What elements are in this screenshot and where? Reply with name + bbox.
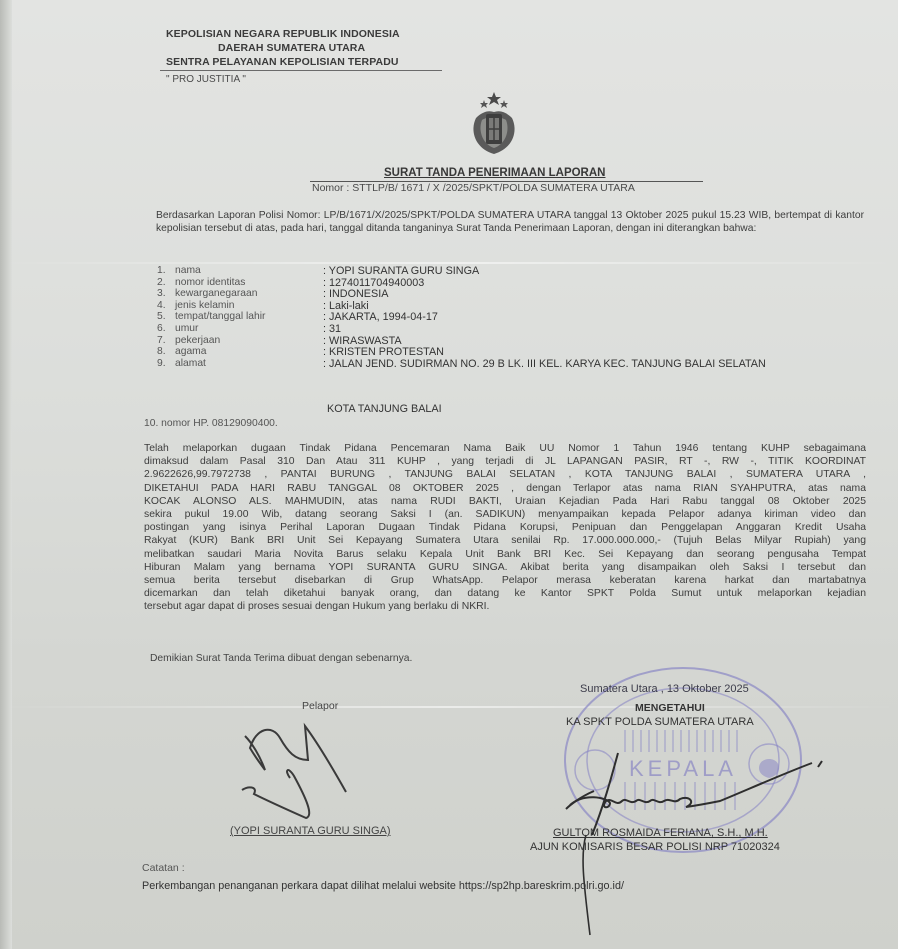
field-row: 1.nama: YOPI SURANTA GURU SINGA xyxy=(157,265,857,277)
officer-rank: AJUN KOMISARIS BESAR POLISI NRP 71020324 xyxy=(530,841,780,853)
reporter-signature xyxy=(210,718,380,823)
narrative-line: Rakyat (KUR) Bank BRI Unit Sei Kepayang … xyxy=(144,534,866,547)
document-title: SURAT TANDA PENERIMAAN LAPORAN xyxy=(384,167,605,179)
narrative-line: Hiburan Malam yang bernama YOPI SURANTA … xyxy=(144,561,866,574)
field-value: : INDONESIA xyxy=(323,288,388,300)
field-row: 9.alamat: JALAN JEND. SUDIRMAN NO. 29 B … xyxy=(157,358,857,370)
field-value: : YOPI SURANTA GURU SINGA xyxy=(323,265,479,277)
header-divider xyxy=(160,70,442,71)
field-value: : 1274011704940003 xyxy=(323,277,424,289)
field-number: 8. xyxy=(157,346,166,357)
field-label: jenis kelamin xyxy=(175,300,235,311)
field-label: agama xyxy=(175,346,206,357)
document-number: Nomor : STTLP/B/ 1671 / X /2025/SPKT/POL… xyxy=(312,182,635,194)
report-narrative: Telah melaporkan dugaan Tindak Pidana Pe… xyxy=(144,442,866,613)
narrative-line: KOCAK ALONSO ALS. MAHMUDIN, atas nama RU… xyxy=(144,495,866,508)
field-number: 9. xyxy=(157,358,166,369)
narrative-line: dicemarkan dan telah diketahui banyak or… xyxy=(144,587,866,600)
agency-name: KEPOLISIAN NEGARA REPUBLIK INDONESIA xyxy=(166,28,400,40)
field-value: : 31 xyxy=(323,323,341,335)
field-value: : KRISTEN PROTESTAN xyxy=(323,346,444,358)
reporter-role: Pelapor xyxy=(302,700,338,712)
reporter-name: (YOPI SURANTA GURU SINGA) xyxy=(230,825,391,837)
narrative-line: 2.9622626,99.7972738 , PANTAI BURUNG , T… xyxy=(144,468,866,481)
field-value: : WIRASWASTA xyxy=(323,335,402,347)
narrative-line: dimaksud dalam Pasal 310 Dan Atau 311 KU… xyxy=(144,455,866,468)
narrative-line: postingan yang isinya Perihal Laporan Du… xyxy=(144,521,866,534)
note-label: Catatan : xyxy=(142,862,185,874)
field-row: 8.agama: KRISTEN PROTESTAN xyxy=(157,346,857,358)
intro-paragraph: Berdasarkan Laporan Polisi Nomor: LP/B/1… xyxy=(156,210,864,235)
field-value: : JALAN JEND. SUDIRMAN NO. 29 B LK. III … xyxy=(323,358,766,370)
region-name: DAERAH SUMATERA UTARA xyxy=(218,42,365,54)
field-value: : Laki-laki xyxy=(323,300,369,312)
field-number: 6. xyxy=(157,323,166,334)
narrative-line: semua berita tersebut disebarkan di Grup… xyxy=(144,574,866,587)
address-continuation: KOTA TANJUNG BALAI xyxy=(327,403,442,415)
field-number: 3. xyxy=(157,288,166,299)
field-number: 7. xyxy=(157,335,166,346)
note-text: Perkembangan penanganan perkara dapat di… xyxy=(142,880,624,892)
closing-statement: Demikian Surat Tanda Terima dibuat denga… xyxy=(150,653,412,664)
page-edge-shadow xyxy=(0,0,12,949)
field-number: 2. xyxy=(157,277,166,288)
field-label: umur xyxy=(175,323,198,334)
field-row: 2.nomor identitas: 1274011704940003 xyxy=(157,277,857,289)
field-number: 1. xyxy=(157,265,166,276)
field-row: 6.umur: 31 xyxy=(157,323,857,335)
field-number: 5. xyxy=(157,311,166,322)
narrative-line: DIKETAHUI PADA HARI RABU TANGGAL 08 OKTO… xyxy=(144,482,866,495)
narrative-line: tersebut agar dapat di proses sesuai den… xyxy=(144,600,866,613)
officer-name: GULTOM ROSMAIDA FERIANA, S.H., M.H. xyxy=(553,827,768,839)
field-row: 5.tempat/tanggal lahir: JAKARTA, 1994-04… xyxy=(157,311,857,323)
field-label: kewarganegaraan xyxy=(175,288,257,299)
field-label: pekerjaan xyxy=(175,335,220,346)
field-row: 3.kewarganegaraan: INDONESIA xyxy=(157,288,857,300)
office-title: KA SPKT POLDA SUMATERA UTARA xyxy=(566,716,754,728)
narrative-line: melibatkan saudari Maria Novita Barus se… xyxy=(144,548,866,561)
field-row: 4.jenis kelamin: Laki-laki xyxy=(157,300,857,312)
field-label: alamat xyxy=(175,358,206,369)
acknowledged-label: MENGETAHUI xyxy=(635,702,705,714)
field-label: nomor identitas xyxy=(175,277,245,288)
classification-label: " PRO JUSTITIA " xyxy=(166,74,246,85)
field-value: : JAKARTA, 1994-04-17 xyxy=(323,311,438,323)
paper-fold xyxy=(0,262,898,264)
unit-name: SENTRA PELAYANAN KEPOLISIAN TERPADU xyxy=(166,56,399,68)
narrative-line: sekira pukul 19.00 Wib, datang seorang S… xyxy=(144,508,866,521)
narrative-line: Telah melaporkan dugaan Tindak Pidana Pe… xyxy=(144,442,866,455)
phone-number: 10. nomor HP. 08129090400. xyxy=(144,418,278,429)
field-row: 7.pekerjaan: WIRASWASTA xyxy=(157,335,857,347)
field-label: tempat/tanggal lahir xyxy=(175,311,265,322)
field-label: nama xyxy=(175,265,201,276)
place-and-date: Sumatera Utara , 13 Oktober 2025 xyxy=(580,683,749,695)
field-number: 4. xyxy=(157,300,166,311)
police-emblem-icon xyxy=(466,90,522,160)
